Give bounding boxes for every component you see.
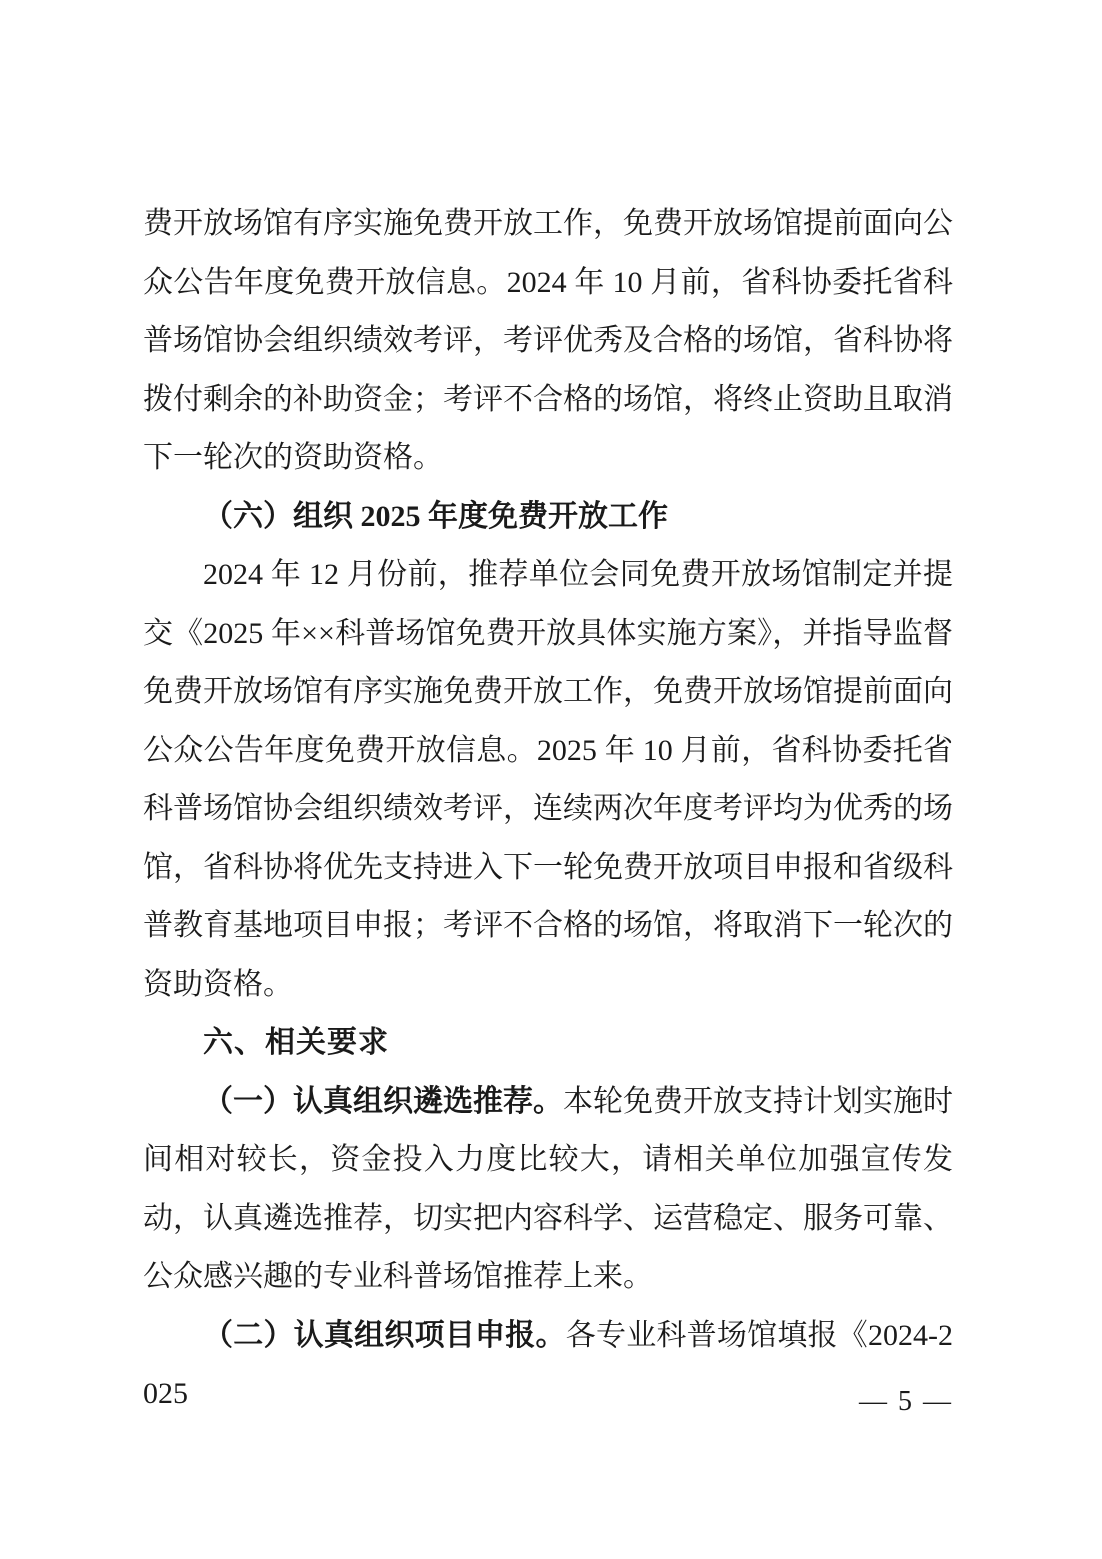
paragraph-lead-item-two: （二）认真组织项目申报。: [203, 1319, 566, 1352]
body-paragraph-item-one: （一）认真组织遴选推荐。本轮免费开放支持计划实施时间相对较长，资金投入力度比较大…: [143, 1073, 953, 1307]
document-page: 费开放场馆有序实施免费开放工作，免费开放场馆提前面向公众公告年度免费开放信息。2…: [0, 0, 1102, 1559]
body-paragraph-continuation: 费开放场馆有序实施免费开放工作，免费开放场馆提前面向公众公告年度免费开放信息。2…: [143, 195, 953, 488]
body-paragraph-item-two: （二）认真组织项目申报。各专业科普场馆填报《2024-2025: [143, 1307, 953, 1424]
body-paragraph-2025-plan: 2024 年 12 月份前，推荐单位会同免费开放场馆制定并提交《2025 年××…: [143, 546, 953, 1014]
paragraph-lead-item-one: （一）认真组织遴选推荐。: [203, 1085, 563, 1118]
section-heading-six-item: （六）组织 2025 年度免费开放工作: [143, 488, 953, 547]
document-body: 费开放场馆有序实施免费开放工作，免费开放场馆提前面向公众公告年度免费开放信息。2…: [143, 195, 953, 1424]
page-number: — 5 —: [859, 1386, 953, 1418]
section-heading-requirements: 六、相关要求: [143, 1014, 953, 1073]
